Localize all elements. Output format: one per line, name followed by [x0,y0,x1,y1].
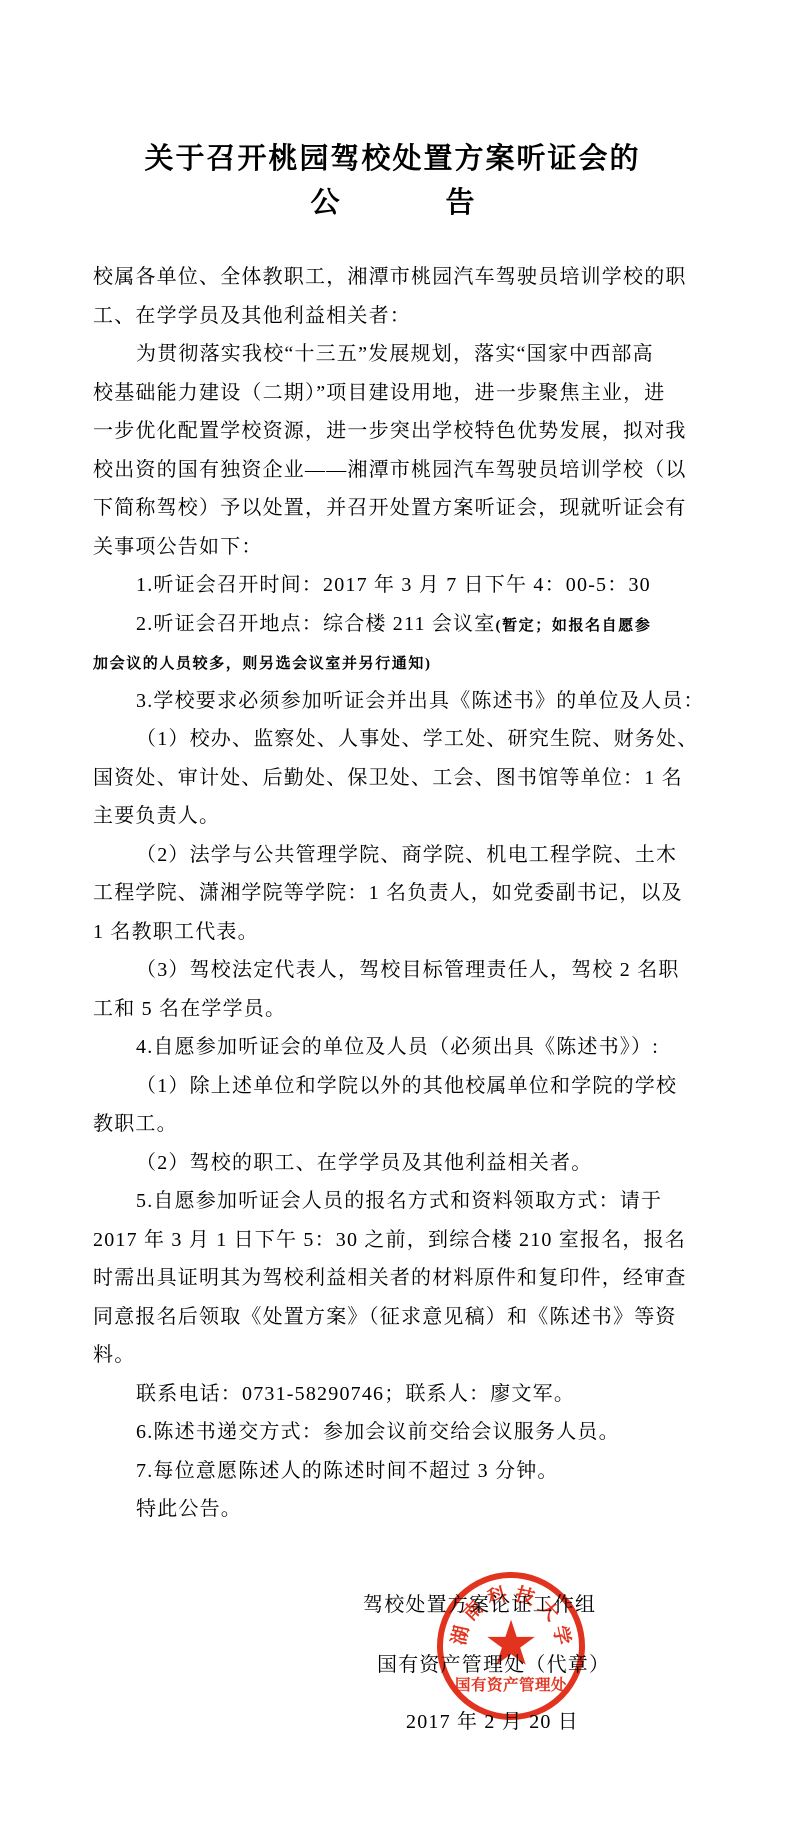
text-segment: （1）校办、监察处、人事处、学工处、研究生院、财务处、 [136,728,698,750]
document-line: （1）校办、监察处、人事处、学工处、研究生院、财务处、 [93,720,693,759]
announcement-document: 关于召开桃园驾校处置方案听证会的 公 告 校属各单位、全体教职工，湘潭市桃园汽车… [0,0,785,1840]
document-body: 校属各单位、全体教职工，湘潭市桃园汽车驾驶员培训学校的职工、在学学员及其他利益相… [93,258,693,1529]
text-segment: 1.听证会召开时间：2017 年 3 月 7 日下午 4：00-5：30 [136,574,651,596]
document-line: 3.学校要求必须参加听证会并出具《陈述书》的单位及人员： [93,682,693,721]
text-segment: （2）驾校的职工、在学学员及其他利益相关者。 [136,1152,592,1174]
document-line: 联系电话：0731-58290746；联系人：廖文军。 [93,1375,693,1414]
document-line: 下简称驾校）予以处置，并召开处置方案听证会，现就听证会有 [93,489,693,528]
document-line: （2）驾校的职工、在学学员及其他利益相关者。 [93,1144,693,1183]
document-line: 一步优化配置学校资源，进一步突出学校特色优势发展，拟对我 [93,412,693,451]
document-line: 工和 5 名在学学员。 [93,990,693,1029]
text-segment: 下简称驾校）予以处置，并召开处置方案听证会，现就听证会有 [93,497,687,519]
text-segment: 国资处、审计处、后勤处、保卫处、工会、图书馆等单位：1 名 [93,767,683,789]
text-segment: 5.自愿参加听证会人员的报名方式和资料领取方式：请于 [136,1190,662,1212]
text-segment: 6.陈述书递交方式：参加会议前交给会议服务人员。 [136,1421,620,1443]
document-line: 特此公告。 [93,1490,693,1529]
seal-bottom-text: 国有资产管理处 [455,1673,567,1695]
document-line: 关事项公告如下： [93,528,693,567]
document-line: 1.听证会召开时间：2017 年 3 月 7 日下午 4：00-5：30 [93,566,693,605]
document-line: （2）法学与公共管理学院、商学院、机电工程学院、土木 [93,836,693,875]
document-line: 为贯彻落实我校“十三五”发展规划，落实“国家中西部高 [93,335,693,374]
document-line: 国资处、审计处、后勤处、保卫处、工会、图书馆等单位：1 名 [93,759,693,798]
text-segment: (暂定；如报名自愿参 [495,618,651,634]
document-title-line1: 关于召开桃园驾校处置方案听证会的 [0,136,785,177]
document-line: 同意报名后领取《处置方案》（征求意见稿）和《陈述书》等资 [93,1298,693,1337]
text-segment: 关事项公告如下： [93,536,263,558]
title-char-gao: 告 [446,180,475,221]
document-line: 校出资的国有独资企业——湘潭市桃园汽车驾驶员培训学校（以 [93,451,693,490]
document-line: （1）除上述单位和学院以外的其他校属单位和学院的学校 [93,1067,693,1106]
document-line: 料。 [93,1336,693,1375]
text-segment: （3）驾校法定代表人，驾校目标管理责任人，驾校 2 名职 [136,959,680,981]
document-line: 校属各单位、全体教职工，湘潭市桃园汽车驾驶员培训学校的职 [93,258,693,297]
document-line: 2017 年 3 月 1 日下午 5：30 之前，到综合楼 210 室报名，报名 [93,1221,693,1260]
document-line: 时需出具证明其为驾校利益相关者的材料原件和复印件，经审查 [93,1259,693,1298]
document-line: 校基础能力建设（二期）”项目建设用地，进一步聚焦主业，进 [93,374,693,413]
text-segment: 4.自愿参加听证会的单位及人员（必须出具《陈述书》）: [136,1036,659,1058]
document-line: 4.自愿参加听证会的单位及人员（必须出具《陈述书》）: [93,1028,693,1067]
text-segment: 2.听证会召开地点：综合楼 211 会议室 [136,613,495,635]
document-line: 主要负责人。 [93,797,693,836]
text-segment: 7.每位意愿陈述人的陈述时间不超过 3 分钟。 [136,1460,559,1482]
text-segment: 为贯彻落实我校“十三五”发展规划，落实“国家中西部高 [136,343,654,365]
document-line: 1 名教职工代表。 [93,913,693,952]
document-line: 工、在学学员及其他利益相关者： [93,297,693,336]
document-line: 教职工。 [93,1105,693,1144]
text-segment: 1 名教职工代表。 [93,921,259,943]
document-line: （3）驾校法定代表人，驾校目标管理责任人，驾校 2 名职 [93,951,693,990]
document-line: 2.听证会召开地点：综合楼 211 会议室(暂定；如报名自愿参 [93,605,693,644]
text-segment: 3.学校要求必须参加听证会并出具《陈述书》的单位及人员： [136,690,705,712]
text-segment: 料。 [93,1344,135,1366]
text-segment: 联系电话：0731-58290746；联系人：廖文军。 [136,1383,575,1405]
text-segment: 工、在学学员及其他利益相关者： [93,305,411,327]
text-segment: 2017 年 3 月 1 日下午 5：30 之前，到综合楼 210 室报名，报名 [93,1229,686,1251]
text-segment: 时需出具证明其为驾校利益相关者的材料原件和复印件，经审查 [93,1267,687,1289]
text-segment: 加会议的人员较多，则另选会议室并另行通知) [93,656,432,672]
title-char-gong: 公 [310,180,339,221]
text-segment: （1）除上述单位和学院以外的其他校属单位和学院的学校 [136,1075,677,1097]
text-segment: 特此公告。 [136,1498,242,1520]
text-segment: 校属各单位、全体教职工，湘潭市桃园汽车驾驶员培训学校的职 [93,266,687,288]
text-segment: 工程学院、潇湘学院等学院：1 名负责人，如党委副书记，以及 [93,882,683,904]
text-segment: 校基础能力建设（二期）”项目建设用地，进一步聚焦主业，进 [93,382,665,404]
seal-arc-char: 学 [548,1623,578,1647]
document-line: 加会议的人员较多，则另选会议室并另行通知) [93,643,693,682]
seal-star-icon: ★ [483,1613,539,1675]
text-segment: 一步优化配置学校资源，进一步突出学校特色优势发展，拟对我 [93,420,687,442]
text-segment: 教职工。 [93,1113,178,1135]
text-segment: （2）法学与公共管理学院、商学院、机电工程学院、土木 [136,844,677,866]
text-segment: 主要负责人。 [93,805,220,827]
official-seal: 湖南科技大学 ★ 国有资产管理处 [437,1572,585,1720]
text-segment: 工和 5 名在学学员。 [93,998,286,1020]
seal-arc-char: 湖 [444,1623,474,1647]
document-line: 5.自愿参加听证会人员的报名方式和资料领取方式：请于 [93,1182,693,1221]
text-segment: 同意报名后领取《处置方案》（征求意见稿）和《陈述书》等资 [93,1306,677,1328]
document-title-line2: 公 告 [0,180,785,221]
document-line: 6.陈述书递交方式：参加会议前交给会议服务人员。 [93,1413,693,1452]
document-line: 7.每位意愿陈述人的陈述时间不超过 3 分钟。 [93,1452,693,1491]
text-segment: 校出资的国有独资企业——湘潭市桃园汽车驾驶员培训学校（以 [93,459,687,481]
document-line: 工程学院、潇湘学院等学院：1 名负责人，如党委副书记，以及 [93,874,693,913]
